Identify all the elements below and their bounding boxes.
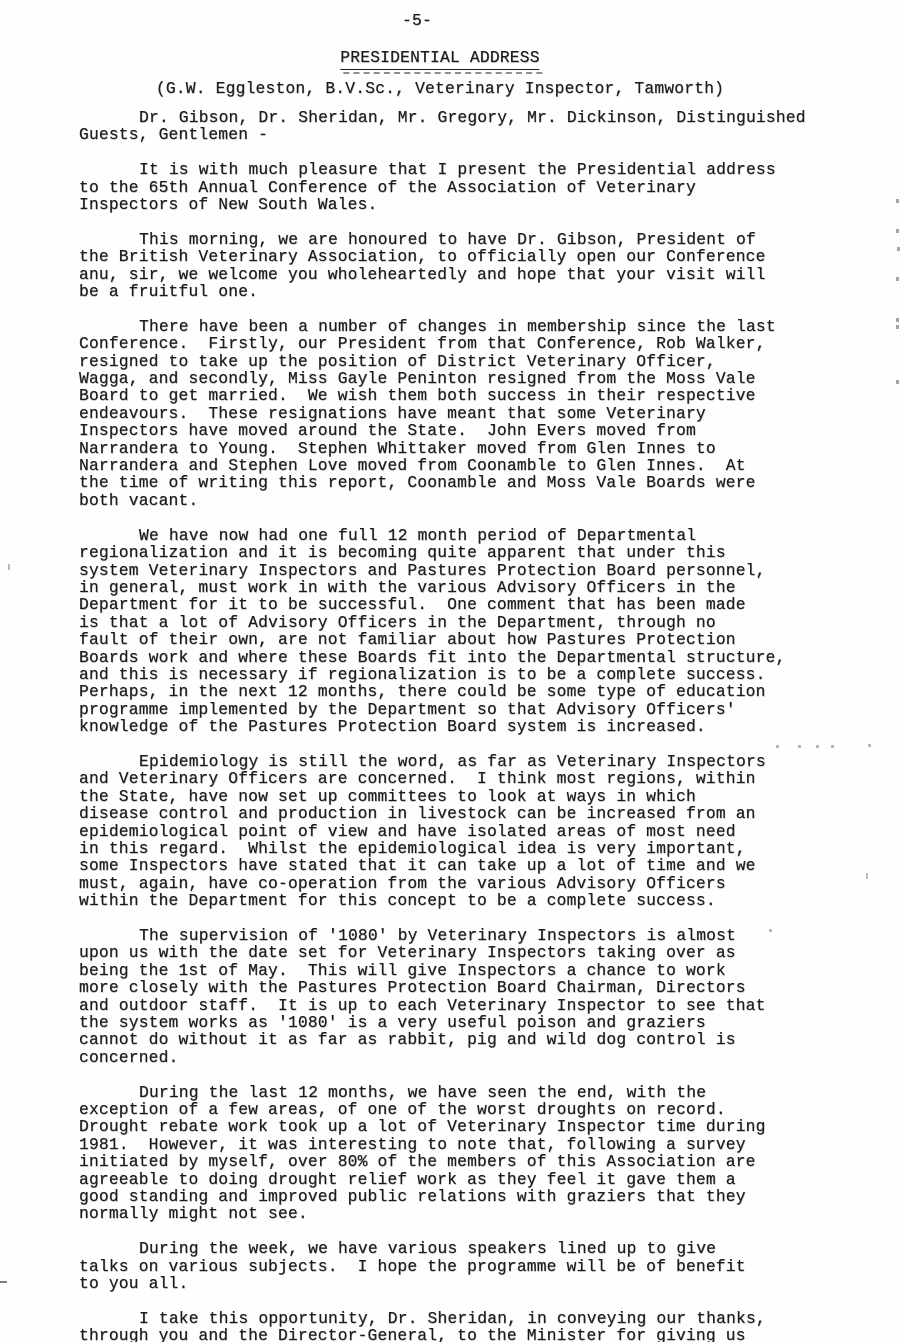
scan-artifact bbox=[896, 277, 899, 281]
paragraph: Dr. Gibson, Dr. Sheridan, Mr. Gregory, M… bbox=[79, 109, 819, 144]
scan-artifact bbox=[8, 564, 10, 570]
scan-artifact bbox=[866, 873, 868, 879]
scan-artifact bbox=[776, 745, 779, 748]
paragraph: The supervision of '1080' by Veterinary … bbox=[79, 927, 819, 1066]
scan-artifact bbox=[816, 745, 819, 748]
document-byline: (G.W. Eggleston, B.V.Sc., Veterinary Ins… bbox=[156, 79, 724, 98]
paragraph: During the last 12 months, we have seen … bbox=[79, 1084, 819, 1223]
paragraph: This morning, we are honoured to have Dr… bbox=[79, 231, 819, 301]
document-body: Dr. Gibson, Dr. Sheridan, Mr. Gregory, M… bbox=[79, 109, 819, 1342]
paragraph: I take this opportunity, Dr. Sheridan, i… bbox=[79, 1310, 819, 1342]
scan-artifact bbox=[0, 1281, 7, 1283]
scan-artifact bbox=[896, 325, 899, 329]
paragraph: We have now had one full 12 month period… bbox=[79, 527, 819, 736]
document-title: PRESIDENTIAL ADDRESS bbox=[340, 48, 539, 70]
page-number: -5- bbox=[402, 11, 432, 30]
scan-artifact bbox=[769, 929, 772, 932]
paragraph: Epidemiology is still the word, as far a… bbox=[79, 753, 819, 910]
scan-artifact bbox=[868, 744, 871, 747]
document-page: -5- PRESIDENTIAL ADDRESS (G.W. Eggleston… bbox=[0, 0, 900, 1342]
scan-artifact bbox=[831, 745, 834, 748]
scan-artifact bbox=[896, 318, 899, 322]
paragraph: There have been a number of changes in m… bbox=[79, 318, 819, 509]
paragraph: It is with much pleasure that I present … bbox=[79, 161, 819, 213]
paragraph: During the week, we have various speaker… bbox=[79, 1240, 819, 1292]
scan-artifact bbox=[896, 380, 899, 384]
scan-artifact bbox=[798, 745, 801, 748]
scan-artifact bbox=[896, 199, 899, 203]
scan-artifact bbox=[896, 229, 899, 233]
